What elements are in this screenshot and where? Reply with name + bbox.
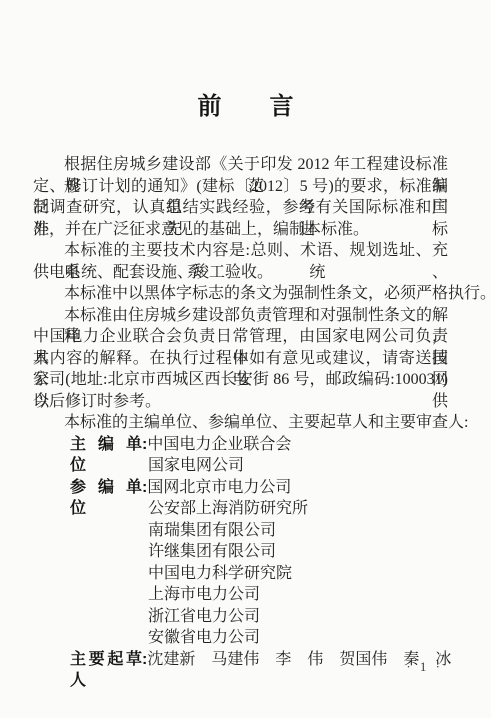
body-line: 本标准由住房城乡建设部负责管理和对强制性条文的解释， [33, 305, 448, 327]
participant-row: 参 编 单 位:国网北京市电力公司 [33, 477, 448, 499]
participant-label: 参 编 单 位 [70, 477, 142, 520]
participant-value: 安徽省电力公司 [33, 627, 448, 649]
participant-value: 中国电力科学研究院 [33, 563, 448, 585]
drafters-row: 主要起草人:沈建新 马建伟 李 伟 贺国伟 秦 冰 [33, 649, 448, 671]
chief-editor-value: 中国电力企业联合会 [147, 436, 291, 453]
participant-value: 浙江省电力公司 [33, 606, 448, 628]
body-line: 术内容的解释。在执行过程中如有意见或建议，请寄送国家电网 [33, 348, 448, 370]
page-number: · 1 · [406, 659, 443, 675]
page-title: 前 言 [0, 86, 491, 121]
body-line: 定、修订计划的通知》(建标〔2012〕5 号)的要求，标准编制组经广 [33, 176, 448, 198]
body-line: 中国电力企业联合会负责日常管理，由国家电网公司负责具体技 [33, 326, 448, 348]
body-line: 本标准的主编单位、参编单位、主要起草人和主要审查人: [33, 412, 448, 434]
body-line: 本标准的主要技术内容是:总则、术语、规划选址、充电系统、 [33, 240, 448, 262]
body-line: 本标准中以黑体字标志的条文为强制性条文，必须严格执行。 [33, 283, 448, 305]
body-line: 根据住房城乡建设部《关于印发 2012 年工程建设标准规范制 [33, 154, 448, 176]
drafters-label: 主要起草人 [70, 649, 142, 692]
document-page: 前 言 根据住房城乡建设部《关于印发 2012 年工程建设标准规范制 定、修订计… [0, 0, 491, 718]
chief-editor-label: 主 编 单 位 [70, 434, 142, 477]
participant-value: 许继集团有限公司 [33, 541, 448, 563]
participant-value: 国网北京市电力公司 [147, 479, 291, 496]
participant-value: 南瑞集团有限公司 [33, 520, 448, 542]
participant-value: 上海市电力公司 [33, 584, 448, 606]
body-text: 根据住房城乡建设部《关于印发 2012 年工程建设标准规范制 定、修订计划的通知… [33, 154, 448, 670]
chief-editor-row: 主 编 单 位:中国电力企业联合会 [33, 434, 448, 456]
body-line: 泛调查研究，认真总结实践经验，参考有关国际标准和国外先进标 [33, 197, 448, 219]
body-line: 公司(地址:北京市西城区西长安街 86 号，邮政编码:100031)以供 [33, 369, 448, 391]
